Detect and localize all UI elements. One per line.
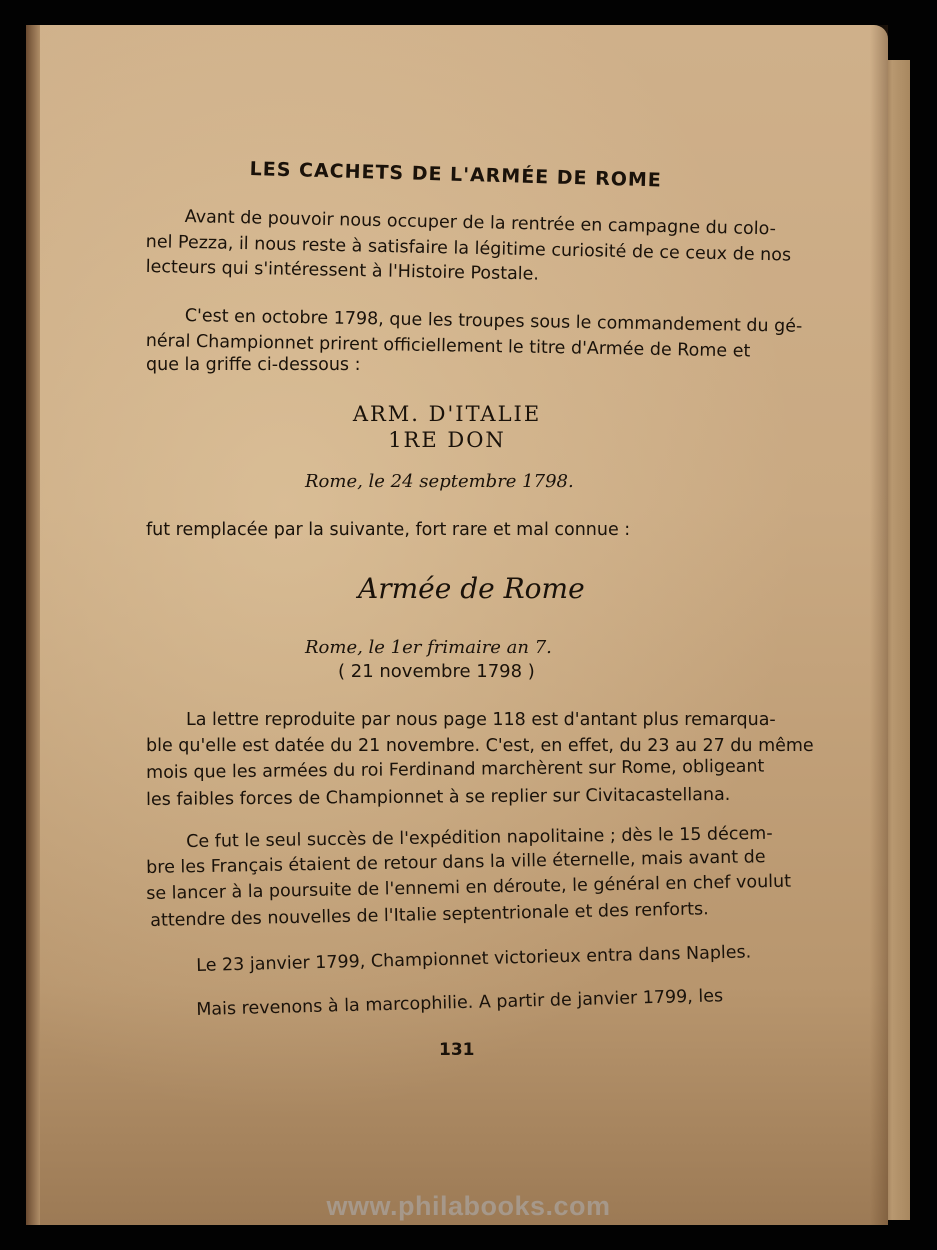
stamp-arm-italie-line-1: ARM. D'ITALIE <box>297 402 597 426</box>
transition-line: fut remplacée par la suivante, fort rare… <box>146 518 630 542</box>
paragraph-3-line-4: les faibles forces de Championnet à se r… <box>146 783 730 812</box>
paragraph-3-line-1: La lettre reproduite par nous page 118 e… <box>186 708 776 732</box>
page-number: 131 <box>439 1040 475 1060</box>
watermark: www.philabooks.com <box>0 1191 937 1222</box>
stamp-armee-de-rome: Armée de Rome <box>358 572 585 605</box>
stamp-2-date-line-2: ( 21 novembre 1798 ) <box>338 660 535 684</box>
stamp-arm-italie-line-2: 1RE DON <box>297 428 597 452</box>
frame-border-bottom <box>0 1225 937 1250</box>
page-gutter <box>26 25 40 1225</box>
stamp-1-date: Rome, le 24 septembre 1798. <box>305 470 574 494</box>
stamp-2-date-line-1: Rome, le 1er frimaire an 7. <box>305 636 552 660</box>
paragraph-2-line-3: que la griffe ci-dessous : <box>146 353 361 377</box>
